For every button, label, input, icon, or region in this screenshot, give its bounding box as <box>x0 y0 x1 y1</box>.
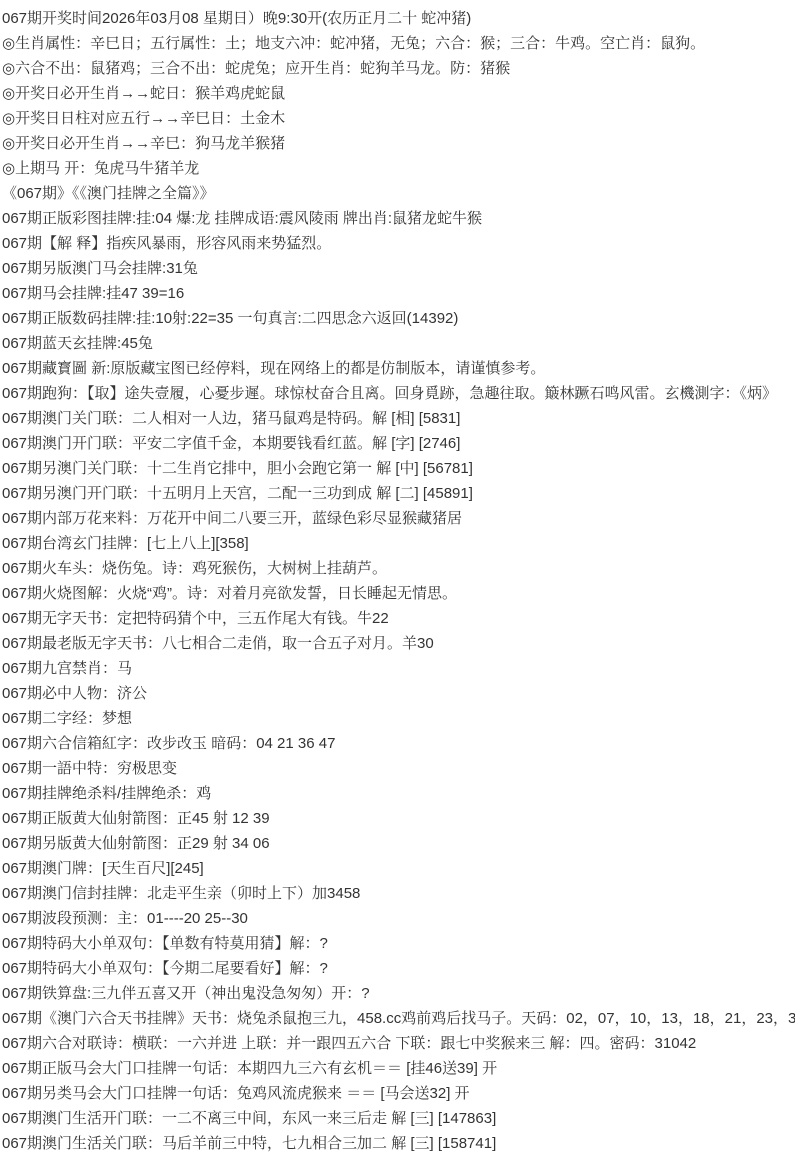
entry-huoshao-tujie: 067期火烧图解：火烧“鸡”。诗：对着月亮欲发誓，日长睡起无情思。 <box>2 581 795 606</box>
entry-zhengban-mahui-damenkou-guapai: 067期正版马会大门口挂牌一句话：本期四九三六有玄机＝＝ [挂46送39] 开 <box>2 1056 795 1081</box>
entry-boduan-yuce: 067期波段预测：主：01----20 25--30 <box>2 906 795 931</box>
entry-neibu-wanhua-lailiao: 067期内部万花来料：万花开中间二八要三开，蓝绿色彩尽显猴藏猪居 <box>2 506 795 531</box>
entry-yiyu-zhongte: 067期一語中特：穷极思变 <box>2 756 795 781</box>
entry-lantian-xuan-guapai: 067期蓝天玄挂牌:45兔 <box>2 331 795 356</box>
entry-ling-macau-guanmenlian: 067期另澳门关门联：十二生肖它排中，胆小会跑它第一 解 [中] [56781] <box>2 456 795 481</box>
entry-ling-macau-kaimenlian: 067期另澳门开门联：十五明月上天宫，二配一三功到成 解 [二] [45891] <box>2 481 795 506</box>
entry-guapai-juesha: 067期挂牌绝杀料/挂牌绝杀：鸡 <box>2 781 795 806</box>
draw-time-line: 067期开奖时间2026年03月08 星期日）晚9:30开(农历正月二十 蛇冲猪… <box>2 6 795 31</box>
entry-macau-pai: 067期澳门牌：[天生百尺][245] <box>2 856 795 881</box>
entry-zhengban-huangdaxian-shejiantu: 067期正版黄大仙射箭图：正45 射 12 39 <box>2 806 795 831</box>
entry-macau-shenghuo-kaimenlian: 067期澳门生活开门联：一二不离三中间，东风一来三后走 解 [三] [14786… <box>2 1106 795 1131</box>
page-title: 《067期》《《澳门挂牌之全篇》》 <box>2 181 795 206</box>
entry-macau-kaimenlian: 067期澳门开门联：平安二字值千金，本期要钱看红蓝。解 [字] [2746] <box>2 431 795 456</box>
bullet-shengxiao-shuxing: ◎生肖属性：辛巳日；五行属性：土；地支六冲：蛇冲猪，无兔；六合：猴；三合：牛鸡。… <box>2 31 795 56</box>
entry-wuzi-tianshu: 067期无字天书：定把特码猜个中，三五作尾大有钱。牛22 <box>2 606 795 631</box>
entry-liuhe-tianshu-guapai: 067期《澳门六合天书挂牌》天书：烧兔杀鼠抱三九，458.cc鸡前鸡后找马子。天… <box>2 1006 795 1031</box>
entry-cangbaotu: 067期藏寳圖 新:原版藏宝图已经停料，现在网络上的都是仿制版本，请谨慎参考。 <box>2 356 795 381</box>
entry-macau-xinfeng-guapai: 067期澳门信封挂牌：北走平生亲（卯时上下）加3458 <box>2 881 795 906</box>
entry-erzijing: 067期二字经：梦想 <box>2 706 795 731</box>
entry-linglei-mahui-damenkou-guapai: 067期另类马会大门口挂牌一句话：兔鸡风流虎猴来 ＝＝ [马会送32] 开 <box>2 1081 795 1106</box>
entry-mahui-guapai: 067期马会挂牌:挂47 39=16 <box>2 281 795 306</box>
entry-bizhong-renwu: 067期必中人物：济公 <box>2 681 795 706</box>
bullet-shangqi-ma: ◎上期马 开：兔虎马牛猪羊龙 <box>2 156 795 181</box>
entry-zuilaoban-wuzi-tianshu: 067期最老版无字天书：八七相合二走俏，取一合五子对月。羊30 <box>2 631 795 656</box>
entry-paogou: 067期跑狗：【取】途失壹履，心憂步遲。球惊杖奋合且离。回身覓跡，急趣往取。簸林… <box>2 381 795 406</box>
entry-tema-daxiao-danshuang-ju-1: 067期特码大小单双句：【单数有特莫用猜】解：? <box>2 931 795 956</box>
entry-jiugong-jinxiao: 067期九宫禁肖：马 <box>2 656 795 681</box>
entry-lingban-huangdaxian-shejiantu: 067期另版黄大仙射箭图：正29 射 34 06 <box>2 831 795 856</box>
entry-lingban-macau-mahui-guapai: 067期另版澳门马会挂牌:31兔 <box>2 256 795 281</box>
entry-liuhe-xinxiang-hongzi: 067期六合信箱紅字：改步改玉 暗码：04 21 36 47 <box>2 731 795 756</box>
lottery-info-page: 067期开奖时间2026年03月08 星期日）晚9:30开(农历正月二十 蛇冲猪… <box>0 0 795 1156</box>
entry-liuhe-duilianshi: 067期六合对联诗：横联：一六并进 上联：并一跟四五六合 下联：跟七中奖猴来三 … <box>2 1031 795 1056</box>
entry-zhengban-caitu-guapai: 067期正版彩图挂牌:挂:04 爆:龙 挂牌成语:震风陵雨 牌出肖:鼠猪龙蛇牛猴 <box>2 206 795 231</box>
bullet-bikai-shengxiao-xinsi: ◎开奖日必开生肖→→辛巳：狗马龙羊猴猪 <box>2 131 795 156</box>
entry-huochetou: 067期火车头：烧伤兔。诗：鸡死猴伤，大树树上挂葫芦。 <box>2 556 795 581</box>
bullet-rizhu-wuxing: ◎开奖日日柱对应五行→→辛巳日：土金木 <box>2 106 795 131</box>
entry-macau-shenghuo-guanmenlian: 067期澳门生活关门联：马后羊前三中特，七九相合三加二 解 [三] [15874… <box>2 1131 795 1156</box>
entry-taiwan-xuanmen-guapai: 067期台湾玄门挂牌：[七上八上][358] <box>2 531 795 556</box>
entry-zhengban-shuma-guapai: 067期正版数码挂牌:挂:10射:22=35 一句真言:二四思念六返回(1439… <box>2 306 795 331</box>
entry-macau-guanmenlian: 067期澳门关门联：二人相对一人边，猪马鼠鸡是特码。解 [相] [5831] <box>2 406 795 431</box>
bullet-bikai-shengxiao-sheri: ◎开奖日必开生肖→→蛇日：猴羊鸡虎蛇鼠 <box>2 81 795 106</box>
bullet-liuhe-buchu: ◎六合不出：鼠猪鸡；三合不出：蛇虎兔；应开生肖：蛇狗羊马龙。防：猪猴 <box>2 56 795 81</box>
entry-tema-daxiao-danshuang-ju-2: 067期特码大小单双句：【今期二尾要看好】解：? <box>2 956 795 981</box>
entry-tiesuanpan: 067期铁算盘:三九伴五喜又开（神出鬼没急匆匆）开：? <box>2 981 795 1006</box>
entry-jieshi: 067期【解 释】指疾风暴雨，形容风雨来势猛烈。 <box>2 231 795 256</box>
